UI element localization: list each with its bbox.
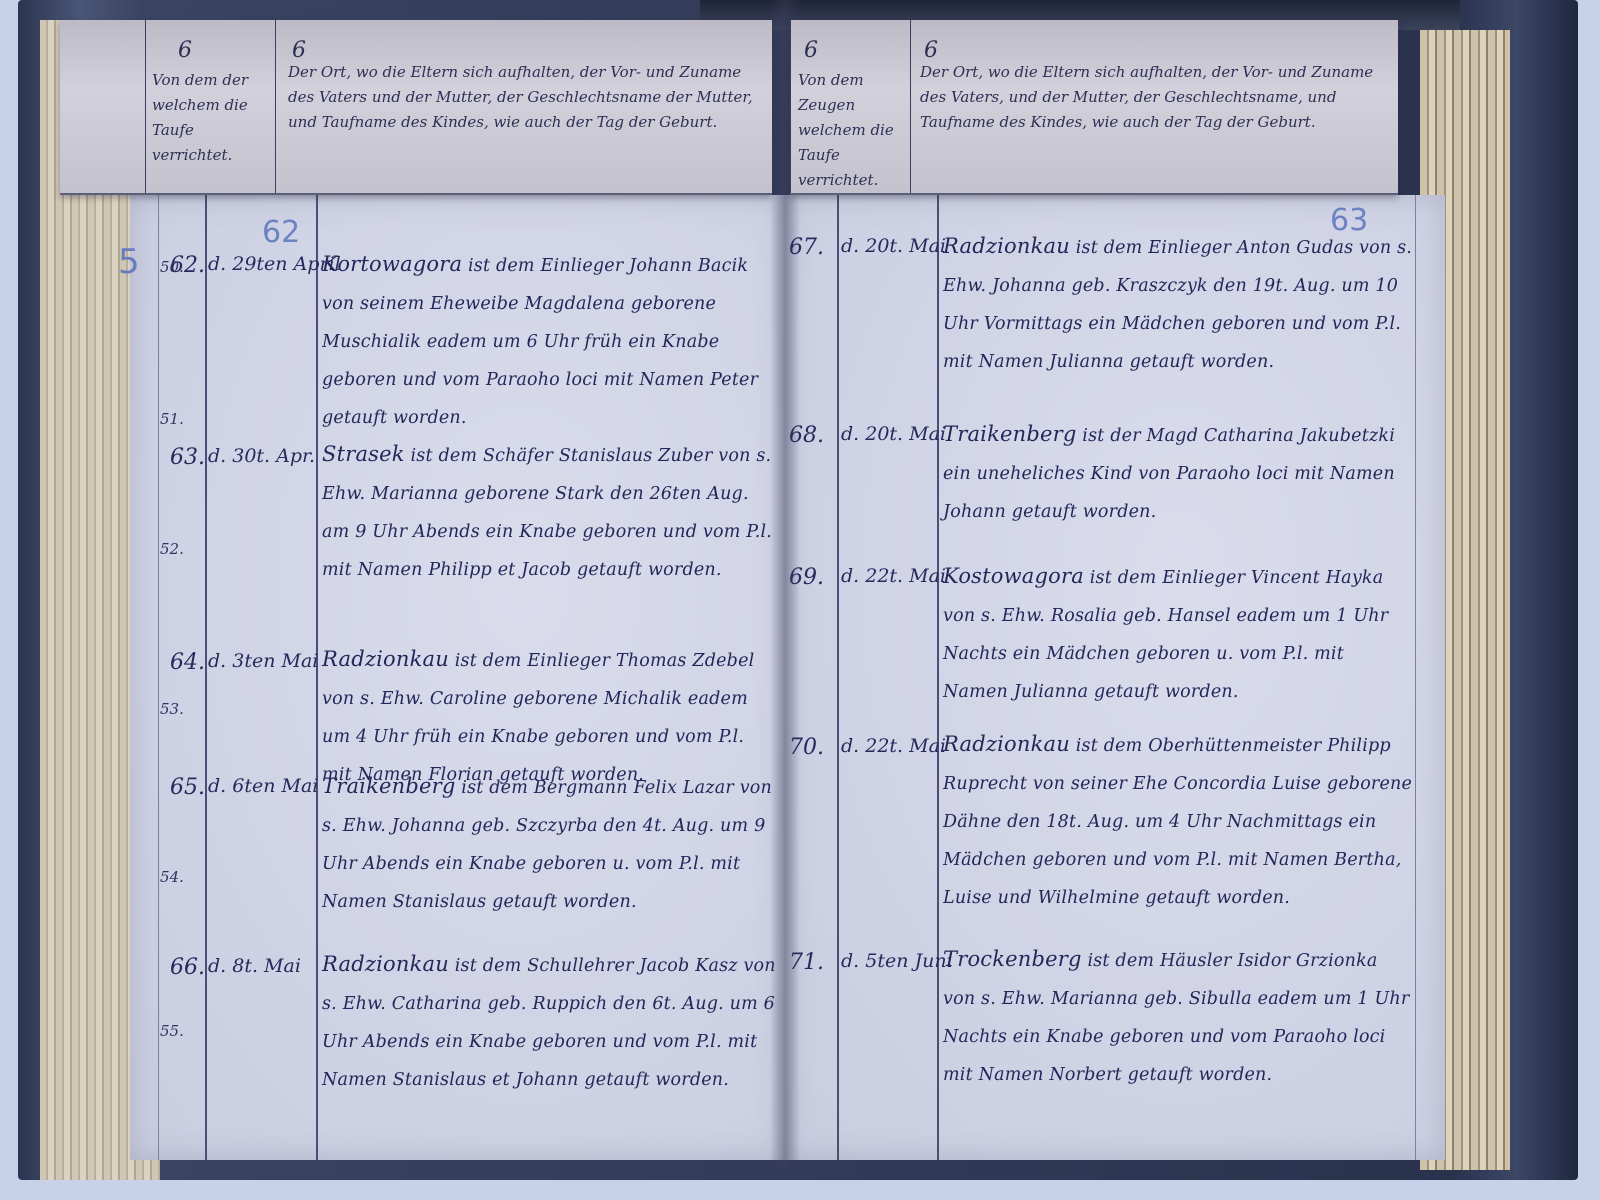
entry-number: 65. <box>170 775 205 800</box>
entry-body: ist dem Einlieger Anton Gudas von s. Ehw… <box>943 238 1412 372</box>
entry-text: Radzionkau ist dem Schullehrer Jacob Kas… <box>322 945 777 1099</box>
entry-place: Radzionkau <box>943 732 1070 756</box>
entry-date: d. 22t. Mai <box>841 735 946 757</box>
entry-number: 64. <box>170 650 205 675</box>
entry-place: Radzionkau <box>322 647 449 671</box>
entry-text: Radzionkau ist dem Oberhüttenmeister Phi… <box>943 725 1413 917</box>
entry-text: Traikenberg ist dem Bergmann Felix Lazar… <box>322 767 777 921</box>
margin-number: 54. <box>160 868 184 886</box>
header-description: Der Ort, wo die Eltern sich aufhalten, d… <box>288 60 758 135</box>
entry-text: Kostowagora ist dem Einlieger Vincent Ha… <box>943 557 1413 711</box>
entry-date: d. 8t. Mai <box>208 955 301 977</box>
margin-rule <box>1415 195 1416 1160</box>
entry-date: d. 29ten April <box>208 253 341 275</box>
column-rule <box>937 195 939 1160</box>
entry-place: Kortowagora <box>322 252 462 276</box>
entry-body: ist dem Schäfer Stanislaus Zuber von s. … <box>322 446 772 580</box>
entry-place: Strasek <box>322 442 405 466</box>
margin-rule <box>158 195 159 1160</box>
entry-date: d. 6ten Mai <box>208 775 318 797</box>
margin-number: 53. <box>160 700 184 718</box>
entry-date: d. 20t. Mai <box>841 235 946 257</box>
entry-place: Radzionkau <box>322 952 449 976</box>
right-page: 63 67. d. 20t. Mai Radzionkau ist dem Ei… <box>785 195 1445 1160</box>
entry-place: Trockenberg <box>943 947 1082 971</box>
entry-date: d. 3ten Mai <box>208 650 318 672</box>
entry-body: ist dem Einlieger Thomas Zdebel von s. E… <box>322 651 754 785</box>
header-rule <box>910 20 911 193</box>
entry-text: Kortowagora ist dem Einlieger Johann Bac… <box>322 245 777 437</box>
header-description: Der Ort, wo die Eltern sich aufhalten, d… <box>920 60 1390 135</box>
header-column-number: 6 <box>804 38 818 63</box>
entry-date: d. 22t. Mai <box>841 565 946 587</box>
margin-number: 50. <box>160 258 184 276</box>
header-column-number: 6 <box>178 38 192 63</box>
header-rule <box>790 20 791 193</box>
column-rule <box>205 195 207 1160</box>
column-rule <box>837 195 839 1160</box>
entry-date: d. 20t. Mai <box>841 423 946 445</box>
entry-body: ist dem Häusler Isidor Grzionka von s. E… <box>943 951 1409 1085</box>
entry-place: Kostowagora <box>943 564 1084 588</box>
header-rule <box>275 20 276 193</box>
header-rule <box>145 20 146 193</box>
entry-place: Radzionkau <box>943 234 1070 258</box>
header-column-label: Von dem der welchem die Taufe verrichtet… <box>152 68 270 168</box>
header-strip-right: 6 Von dem Zeugen welchem die Taufe verri… <box>790 20 1398 195</box>
entry-body: ist dem Einlieger Vincent Hayka von s. E… <box>943 568 1388 702</box>
entry-text: Radzionkau ist dem Einlieger Anton Gudas… <box>943 227 1413 381</box>
entry-date: d. 30t. Apr. <box>208 445 315 467</box>
entry-number: 66. <box>170 955 205 980</box>
entry-date: d. 5ten Juni <box>841 950 953 972</box>
entry-place: Traikenberg <box>943 422 1077 446</box>
entry-text: Traikenberg ist der Magd Catharina Jakub… <box>943 415 1413 531</box>
entry-place: Traikenberg <box>322 774 456 798</box>
entry-body: ist dem Oberhüttenmeister Philipp Ruprec… <box>943 736 1412 908</box>
entry-body: ist dem Schullehrer Jacob Kasz von s. Eh… <box>322 956 776 1090</box>
header-column-label: Von dem Zeugen welchem die Taufe verrich… <box>798 68 908 193</box>
section-mark: 5 <box>118 242 140 282</box>
entry-number: 63. <box>170 445 205 470</box>
entry-text: Trockenberg ist dem Häusler Isidor Grzio… <box>943 940 1413 1094</box>
column-rule <box>316 195 318 1160</box>
entry-body: ist dem Bergmann Felix Lazar von s. Ehw.… <box>322 778 772 912</box>
margin-number: 51. <box>160 410 184 428</box>
entry-body: ist dem Einlieger Johann Bacik von seine… <box>322 256 758 428</box>
header-strip-left: 6 Von dem der welchem die Taufe verricht… <box>60 20 772 195</box>
entry-text: Strasek ist dem Schäfer Stanislaus Zuber… <box>322 435 777 589</box>
margin-number: 55. <box>160 1022 184 1040</box>
left-page: 62 62. d. 29ten April Kortowagora ist de… <box>130 195 785 1160</box>
margin-number: 52. <box>160 540 184 558</box>
page-number: 62 <box>262 215 300 250</box>
